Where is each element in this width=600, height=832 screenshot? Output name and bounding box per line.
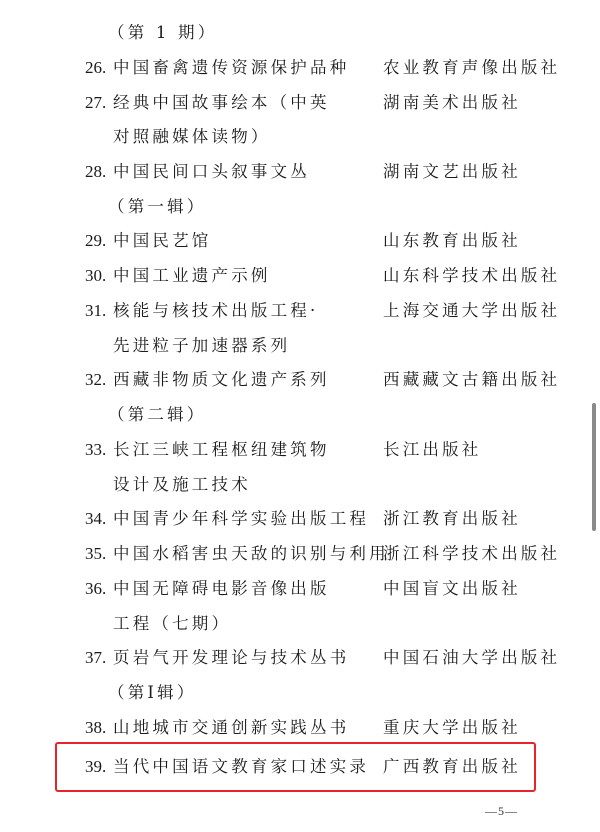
item-number: 28.	[85, 155, 106, 189]
list-item-continuation: 设计及施工技术	[0, 468, 600, 502]
item-edition-note: （第Ⅰ辑）	[108, 676, 197, 710]
item-number: 38.	[85, 711, 106, 745]
list-item: 26.中国畜禽遗传资源保护品种农业教育声像出版社	[0, 51, 600, 85]
item-number: 31.	[85, 294, 106, 328]
list-item: 29.中国民艺馆山东教育出版社	[0, 224, 600, 258]
vertical-scrollbar[interactable]	[592, 403, 596, 531]
item-publisher: 浙江教育出版社	[383, 502, 521, 536]
item-number: 37.	[85, 641, 106, 675]
item-number: 26.	[85, 51, 106, 85]
page-number: —5—	[485, 804, 518, 819]
item-publisher: 重庆大学出版社	[383, 711, 521, 745]
item-publisher: 浙江科学技术出版社	[383, 537, 560, 571]
item-publisher: 湖南文艺出版社	[383, 155, 521, 189]
list-item: 28.中国民间口头叙事文丛湖南文艺出版社	[0, 155, 600, 189]
list-item: 27.经典中国故事绘本（中英湖南美术出版社	[0, 86, 600, 120]
item-publisher: 农业教育声像出版社	[383, 51, 560, 85]
item-title: 中国无障碍电影音像出版	[113, 572, 330, 606]
item-number: 29.	[85, 224, 106, 258]
item-title: 山地城市交通创新实践丛书	[113, 711, 349, 745]
item-publisher: 中国石油大学出版社	[383, 641, 560, 675]
item-title-continuation: 工程（七期）	[113, 607, 231, 641]
item-title: 经典中国故事绘本（中英	[113, 86, 330, 120]
list-item-subtitle: （第二辑）	[0, 398, 600, 432]
list-item: 32.西藏非物质文化遗产系列西藏藏文古籍出版社	[0, 363, 600, 397]
item-edition-note: （第二辑）	[108, 398, 207, 432]
list-item: 35.中国水稻害虫天敌的识别与利用浙江科学技术出版社	[0, 537, 600, 571]
item-title: 西藏非物质文化遗产系列	[113, 363, 330, 397]
item-publisher: 西藏藏文古籍出版社	[383, 363, 560, 397]
item-title: 中国水稻害虫天敌的识别与利用	[113, 537, 389, 571]
list-item: 33.长江三峡工程枢纽建筑物长江出版社	[0, 433, 600, 467]
item-title-continuation: 先进粒子加速器系列	[113, 329, 290, 363]
list-item: 30.中国工业遗产示例山东科学技术出版社	[0, 259, 600, 293]
item-publisher: 山东科学技术出版社	[383, 259, 560, 293]
item-number: 34.	[85, 502, 106, 536]
list-item-continuation: 工程（七期）	[0, 607, 600, 641]
highlight-box-item-39	[55, 742, 536, 792]
item-number: 30.	[85, 259, 106, 293]
list-item-continuation: 对照融媒体读物）	[0, 120, 600, 154]
item-publisher: 湖南美术出版社	[383, 86, 521, 120]
item-publisher: 长江出版社	[383, 433, 482, 467]
item-title-continuation: 对照融媒体读物）	[113, 120, 271, 154]
item-publisher: 中国盲文出版社	[383, 572, 521, 606]
list-item: 36.中国无障碍电影音像出版中国盲文出版社	[0, 572, 600, 606]
item-number: 33.	[85, 433, 106, 467]
item-title: 中国民艺馆	[113, 224, 212, 258]
list-item: 37.页岩气开发理论与技术丛书中国石油大学出版社	[0, 641, 600, 675]
item-publisher: 山东教育出版社	[383, 224, 521, 258]
item-publisher: 上海交通大学出版社	[383, 294, 560, 328]
item-title: 中国民间口头叙事文丛	[113, 155, 310, 189]
item-title: 中国青少年科学实验出版工程	[113, 502, 369, 536]
list-item-subtitle: （第Ⅰ辑）	[0, 676, 600, 710]
item-title: 核能与核技术出版工程·	[113, 294, 318, 328]
list-item: 34.中国青少年科学实验出版工程浙江教育出版社	[0, 502, 600, 536]
list-item-subtitle: （第一辑）	[0, 190, 600, 224]
list-item-subtitle: （第 1 期）	[0, 16, 600, 50]
item-number: 36.	[85, 572, 106, 606]
list-item: 38.山地城市交通创新实践丛书重庆大学出版社	[0, 711, 600, 745]
list-item: 31.核能与核技术出版工程·上海交通大学出版社	[0, 294, 600, 328]
item-number: 32.	[85, 363, 106, 397]
item-edition-note: （第一辑）	[108, 190, 207, 224]
item-number: 27.	[85, 86, 106, 120]
item-title: 长江三峡工程枢纽建筑物	[113, 433, 330, 467]
list-item-continuation: 先进粒子加速器系列	[0, 329, 600, 363]
item-title-continuation: 设计及施工技术	[113, 468, 251, 502]
item-title: 中国畜禽遗传资源保护品种	[113, 51, 349, 85]
item-title: 中国工业遗产示例	[113, 259, 271, 293]
item-title: 页岩气开发理论与技术丛书	[113, 641, 349, 675]
item-number: 35.	[85, 537, 106, 571]
item-edition-note: （第 1 期）	[108, 16, 217, 50]
